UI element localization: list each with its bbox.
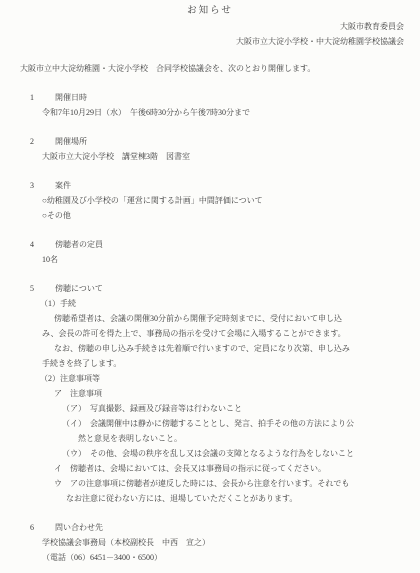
section-1-number: 1 [30, 90, 55, 105]
section-1-heading: 1開催日時 [30, 90, 420, 105]
section-4-heading: 4傍聴者の定員 [30, 237, 420, 252]
spacer [0, 223, 420, 237]
section-5-sub1-line-2: み、会長の許可を得た上で、事務局の指示を受けて会場に入場することができます。 [42, 326, 420, 341]
section-6-title: 問い合わせ先 [55, 523, 103, 532]
section-4-title: 傍聴者の定員 [55, 240, 103, 249]
spacer [0, 164, 420, 178]
section-2-number: 2 [30, 134, 55, 149]
section-5-sub2-a-item-1: （ア） 写真撮影、録画及び録音等は行わないこと [62, 401, 420, 416]
section-6-contact-office: 学校協議会事務局（本校副校長 中西 宣之） [42, 535, 420, 550]
sender-council: 大阪市立大淀小学校・中大淀幼稚園学校協議会 [0, 34, 420, 49]
section-6-heading: 6問い合わせ先 [30, 520, 420, 535]
doc-title: お知らせ [0, 4, 420, 19]
section-5-sub1-line-3: なお、傍聴の申し込み手続きは先着順で行いますので、定員になり次第、申し込み [54, 341, 420, 356]
section-1-title: 開催日時 [55, 93, 87, 102]
section-5-sub1-line-1: 傍聴希望者は、会議の開催30分前から開催予定時刻までに、受付において申し込 [54, 311, 420, 326]
section-5-sub2-label: （2）注意事項等 [40, 371, 420, 386]
section-5-number: 5 [30, 281, 55, 296]
spacer [0, 49, 420, 61]
sender-org: 大阪市教育委員会 [0, 19, 420, 34]
section-5-sub2-a-item-3: （ウ） その他、会場の秩序を乱し又は会議の支障となるような行為をしないこと [62, 446, 420, 461]
section-6-contact-phone: （電話（06）6451－3400・6500） [42, 550, 420, 565]
section-5-sub2-a-label: ア 注意事項 [54, 386, 420, 401]
section-3-item-2: ○その他 [42, 208, 420, 223]
section-3-heading: 3案件 [30, 178, 420, 193]
section-4-body: 10名 [42, 252, 420, 267]
section-3-number: 3 [30, 178, 55, 193]
intro-text: 大阪市立中大淀幼稚園・大淀小学校 合同学校協議会を、次のとおり開催します。 [20, 61, 420, 76]
section-2-body: 大阪市立大淀小学校 講堂棟3階 図書室 [42, 149, 420, 164]
section-6-number: 6 [30, 520, 55, 535]
spacer [0, 76, 420, 90]
section-3-title: 案件 [55, 181, 71, 190]
section-5-title: 傍聴について [55, 284, 103, 293]
spacer [0, 506, 420, 520]
section-5-sub2-a-item-2-line-1: （イ） 会議開催中は静かに傍聴することとし、発言、拍手その他の方法により公 [62, 416, 420, 431]
spacer [0, 267, 420, 281]
section-5-sub1-label: （1）手続 [40, 296, 420, 311]
section-5-sub1-line-4: 手続きを終了します。 [42, 356, 420, 371]
notice-document: お知らせ 大阪市教育委員会 大阪市立大淀小学校・中大淀幼稚園学校協議会 大阪市立… [0, 0, 420, 573]
section-5-heading: 5傍聴について [30, 281, 420, 296]
section-3-item-1: ○幼稚園及び小学校の「運営に関する計画」中間評価について [42, 193, 420, 208]
section-2-title: 開催場所 [55, 137, 87, 146]
section-5-sub2-u-line-1: ウ アの注意事項に傍聴者が違反した時には、会長から注意を行います。それでも [54, 476, 420, 491]
section-5-sub2-u-line-2: なお注意に従わない方には、退場していただくことがあります。 [66, 491, 420, 506]
section-5-sub2-i-item: イ 傍聴者は、会場においては、会長又は事務局の指示に従ってください。 [54, 461, 420, 476]
spacer [0, 120, 420, 134]
section-5-sub2-a-item-2-line-2: 然と意見を表明しないこと。 [78, 431, 420, 446]
section-4-number: 4 [30, 237, 55, 252]
section-2-heading: 2開催場所 [30, 134, 420, 149]
section-1-body: 令和7年10月29日（水） 午後6時30分から午後7時30分まで [42, 105, 420, 120]
